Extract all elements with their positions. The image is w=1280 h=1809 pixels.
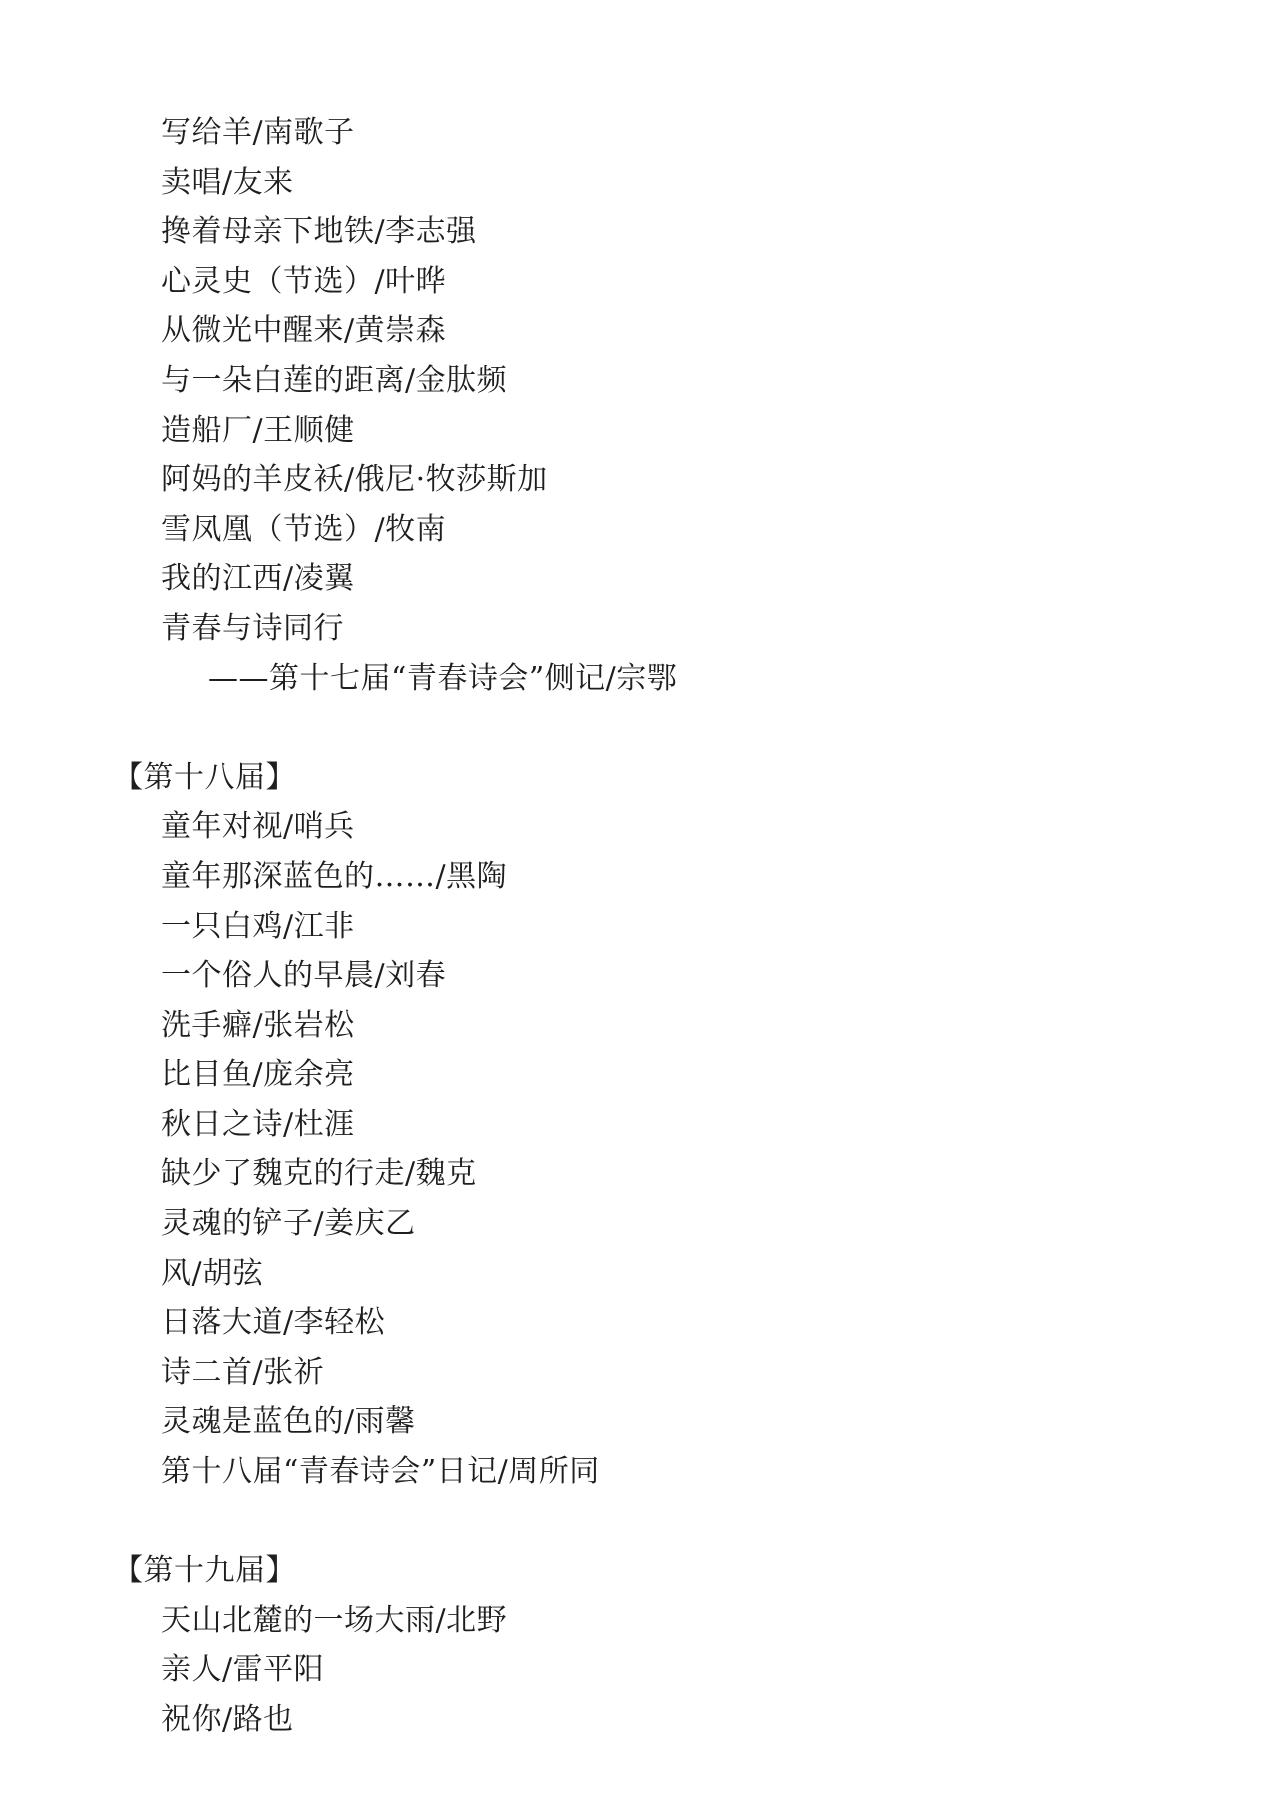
toc-entry: 一个俗人的早晨/刘春 xyxy=(161,951,1280,1001)
toc-entry: 亲人/雷平阳 xyxy=(161,1645,1280,1695)
toc-entry: 缺少了魏克的行走/魏克 xyxy=(161,1149,1280,1199)
toc-entry: 心灵史（节选）/叶晔 xyxy=(161,257,1280,307)
toc-entry: 诗二首/张祈 xyxy=(161,1348,1280,1398)
toc-entry: 日落大道/李轻松 xyxy=(161,1298,1280,1348)
toc-entry: 风/胡弦 xyxy=(161,1249,1280,1299)
toc-entry: 写给羊/南歌子 xyxy=(161,108,1280,158)
toc-entry: 卖唱/友来 xyxy=(161,158,1280,208)
toc-entry: 搀着母亲下地铁/李志强 xyxy=(161,207,1280,257)
toc-entry: 造船厂/王顺健 xyxy=(161,406,1280,456)
toc-entry: 灵魂的铲子/姜庆乙 xyxy=(161,1199,1280,1249)
section-header-19: 【第十九届】 xyxy=(113,1546,1280,1596)
toc-entry: 童年对视/哨兵 xyxy=(161,802,1280,852)
toc-entry: 一只白鸡/江非 xyxy=(161,902,1280,952)
toc-entry: 与一朵白莲的距离/金肽频 xyxy=(161,356,1280,406)
toc-entry: 天山北麓的一场大雨/北野 xyxy=(161,1596,1280,1646)
toc-entry: 祝你/路也 xyxy=(161,1695,1280,1745)
toc-entry: 比目鱼/庞余亮 xyxy=(161,1050,1280,1100)
table-of-contents: 写给羊/南歌子 卖唱/友来 搀着母亲下地铁/李志强 心灵史（节选）/叶晔 从微光… xyxy=(0,0,1280,1745)
toc-entry: 洗手癖/张岩松 xyxy=(161,1001,1280,1051)
toc-entry: 青春与诗同行 xyxy=(161,604,1280,654)
toc-entry: 童年那深蓝色的……/黑陶 xyxy=(161,852,1280,902)
document-page: 写给羊/南歌子 卖唱/友来 搀着母亲下地铁/李志强 心灵史（节选）/叶晔 从微光… xyxy=(0,0,1280,1809)
toc-entry: 从微光中醒来/黄崇森 xyxy=(161,306,1280,356)
toc-entry-attribution: ——第十七届“青春诗会”侧记/宗鄂 xyxy=(208,654,1280,704)
toc-entry: 阿妈的羊皮袄/俄尼·牧莎斯加 xyxy=(161,455,1280,505)
toc-entry: 雪凤凰（节选）/牧南 xyxy=(161,505,1280,555)
toc-entry: 我的江西/凌翼 xyxy=(161,554,1280,604)
toc-entry: 灵魂是蓝色的/雨馨 xyxy=(161,1397,1280,1447)
toc-entry: 秋日之诗/杜涯 xyxy=(161,1100,1280,1150)
section-header-18: 【第十八届】 xyxy=(113,753,1280,803)
toc-entry: 第十八届“青春诗会”日记/周所同 xyxy=(161,1447,1280,1497)
